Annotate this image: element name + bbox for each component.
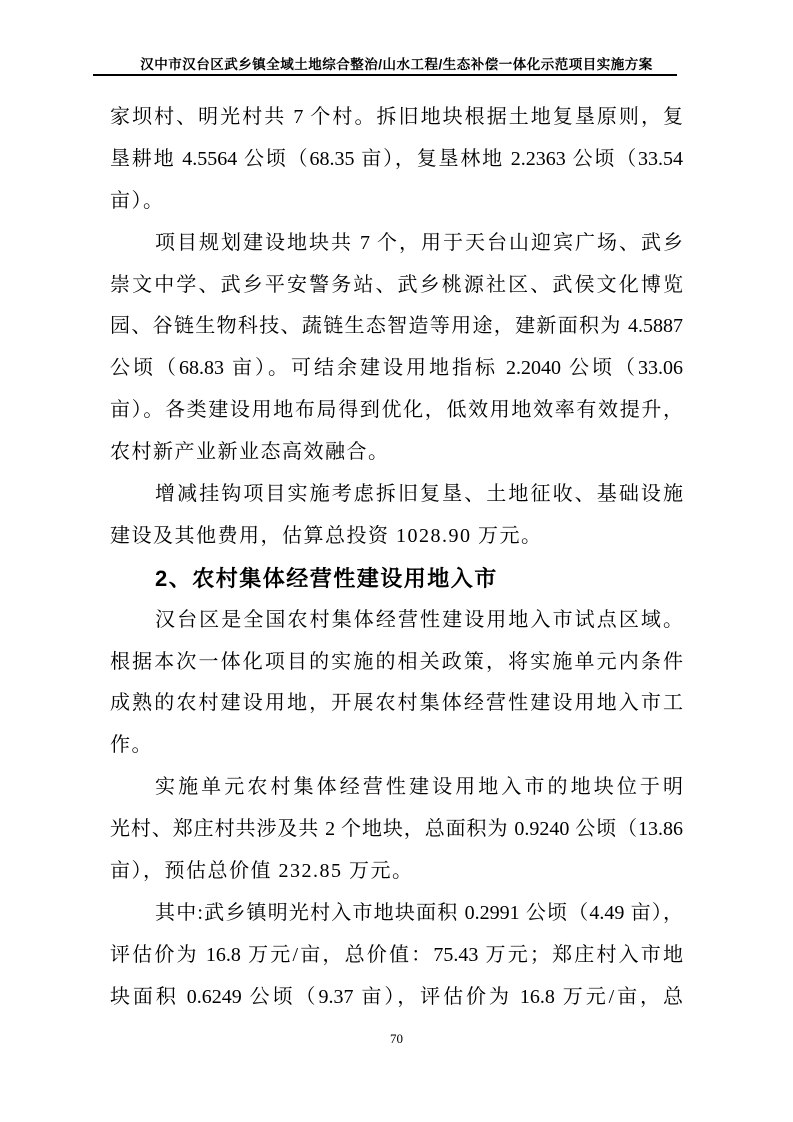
text-line: 亩）。 [110, 181, 683, 223]
page-footer: 70 [0, 1031, 793, 1047]
document-body: 家坝村、明光村共 7 个村。拆旧地块根据土地复垦原则，复垦耕地 4.5564 公… [110, 97, 683, 1019]
text-line: 根据本次一体化项目的实施的相关政策，将实施单元内条件 [110, 642, 683, 684]
text-line: 建设及其他费用，估算总投资 1028.90 万元。 [110, 516, 683, 558]
page-header-title: 汉中市汉台区武乡镇全域土地综合整治/山水工程/生态补偿一体化示范项目实施方案 [0, 53, 793, 73]
text-line: 项目规划建设地块共 7 个，用于天台山迎宾广场、武乡 [110, 223, 683, 265]
text-line: 实施单元农村集体经营性建设用地入市的地块位于明 [110, 767, 683, 809]
text-line: 农村新产业新业态高效融合。 [110, 432, 683, 474]
text-line: 增减挂钩项目实施考虑拆旧复垦、土地征收、基础设施 [110, 474, 683, 516]
text-line: 光村、郑庄村共涉及共 2 个地块，总面积为 0.9240 公顷（13.86 [110, 809, 683, 851]
text-line: 汉台区是全国农村集体经营性建设用地入市试点区域。 [110, 600, 683, 642]
text-line: 亩）。各类建设用地布局得到优化，低效用地效率有效提升， [110, 390, 683, 432]
text-line: 亩），预估总价值 232.85 万元。 [110, 851, 683, 893]
page-number: 70 [390, 1031, 403, 1046]
text-line: 家坝村、明光村共 7 个村。拆旧地块根据土地复垦原则，复 [110, 97, 683, 139]
text-line: 其中:武乡镇明光村入市地块面积 0.2991 公顷（4.49 亩）， [110, 893, 683, 935]
text-line: 园、谷链生物科技、蔬链生态智造等用途，建新面积为 4.5887 [110, 306, 683, 348]
text-line: 公顷（68.83 亩）。可结余建设用地指标 2.2040 公顷（33.06 [110, 348, 683, 390]
section-heading: 2、农村集体经营性建设用地入市 [110, 558, 683, 600]
header-divider [93, 74, 677, 76]
document-page: 汉中市汉台区武乡镇全域土地综合整治/山水工程/生态补偿一体化示范项目实施方案 家… [0, 0, 793, 1122]
text-line: 作。 [110, 725, 683, 767]
text-line: 块面积 0.6249 公顷（9.37 亩），评估价为 16.8 万元/亩，总 [110, 977, 683, 1019]
text-line: 崇文中学、武乡平安警务站、武乡桃源社区、武侯文化博览 [110, 265, 683, 307]
text-line: 评估价为 16.8 万元/亩，总价值：75.43 万元；郑庄村入市地 [110, 935, 683, 977]
text-line: 垦耕地 4.5564 公顷（68.35 亩），复垦林地 2.2363 公顷（33… [110, 139, 683, 181]
text-line: 成熟的农村建设用地，开展农村集体经营性建设用地入市工 [110, 683, 683, 725]
